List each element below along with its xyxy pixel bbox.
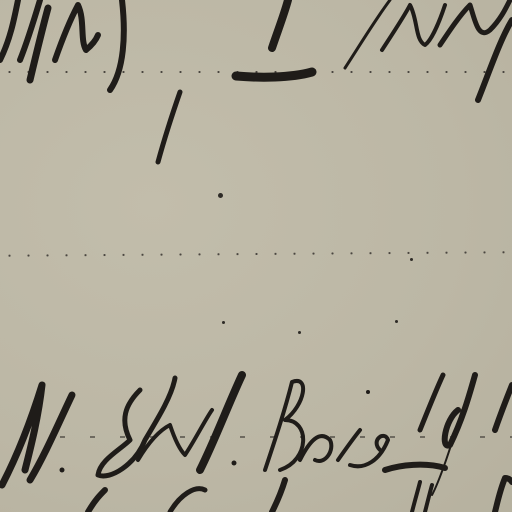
- handwriting-ink: [0, 0, 512, 512]
